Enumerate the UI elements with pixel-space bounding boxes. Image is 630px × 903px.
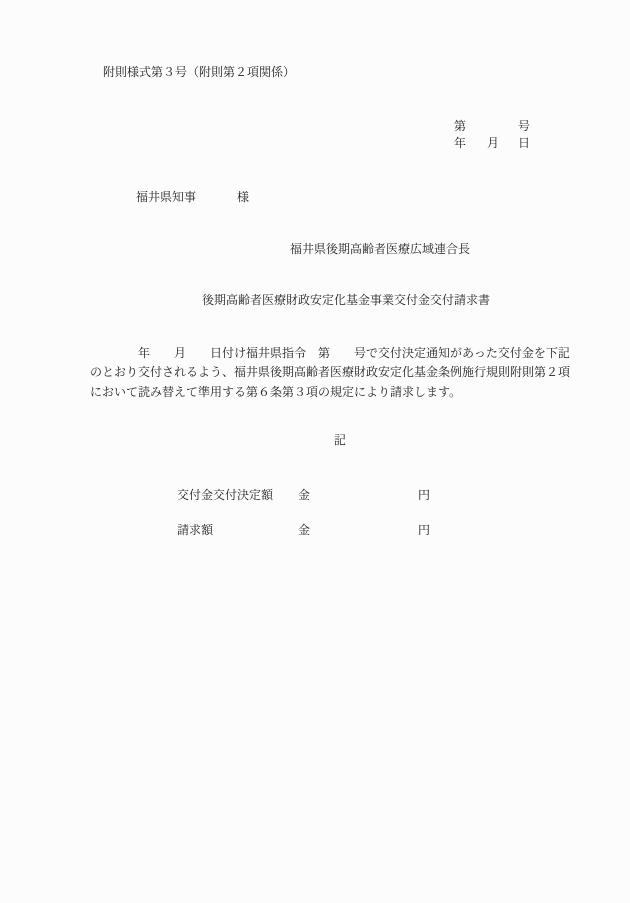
- date-year-label: 年: [454, 137, 466, 149]
- amount-row-decision-label: 交付金交付決定額: [177, 489, 273, 501]
- form-style-label: 附則様式第３号（附則第２項関係）: [103, 66, 295, 78]
- amount-row-request-unit: 円: [418, 524, 430, 536]
- body-line-2: のとおり交付されるよう、福井県後期高齢者医療財政安定化基金条例施行規則附則第２項: [90, 366, 570, 378]
- body-line-1: 年 月 日付け福井県指令 第 号で交付決定通知があった交付金を下記: [90, 347, 570, 359]
- sender-title: 福井県後期高齢者医療広域連合長: [290, 243, 470, 255]
- doc-number-suffix: 号: [518, 120, 530, 132]
- section-marker-ki: 記: [334, 434, 346, 446]
- amount-row-decision-currency-prefix: 金: [298, 489, 310, 501]
- body-line-3: において読み替えて準用する第６条第３項の規定により請求します。: [90, 386, 461, 398]
- addressee-name: 福井県知事: [136, 191, 196, 203]
- amount-row-decision-unit: 円: [418, 489, 430, 501]
- date-month-label: 月: [487, 137, 499, 149]
- document-page: 附則様式第３号（附則第２項関係） 第 号 年 月 日 福井県知事 様 福井県後期…: [0, 0, 630, 903]
- doc-number-prefix: 第: [454, 120, 466, 132]
- document-title: 後期高齢者医療財政安定化基金事業交付金交付請求書: [202, 294, 490, 306]
- amount-row-request-currency-prefix: 金: [298, 524, 310, 536]
- addressee-honorific: 様: [237, 191, 249, 203]
- date-day-label: 日: [518, 137, 530, 149]
- amount-row-request-label: 請求額: [177, 524, 213, 536]
